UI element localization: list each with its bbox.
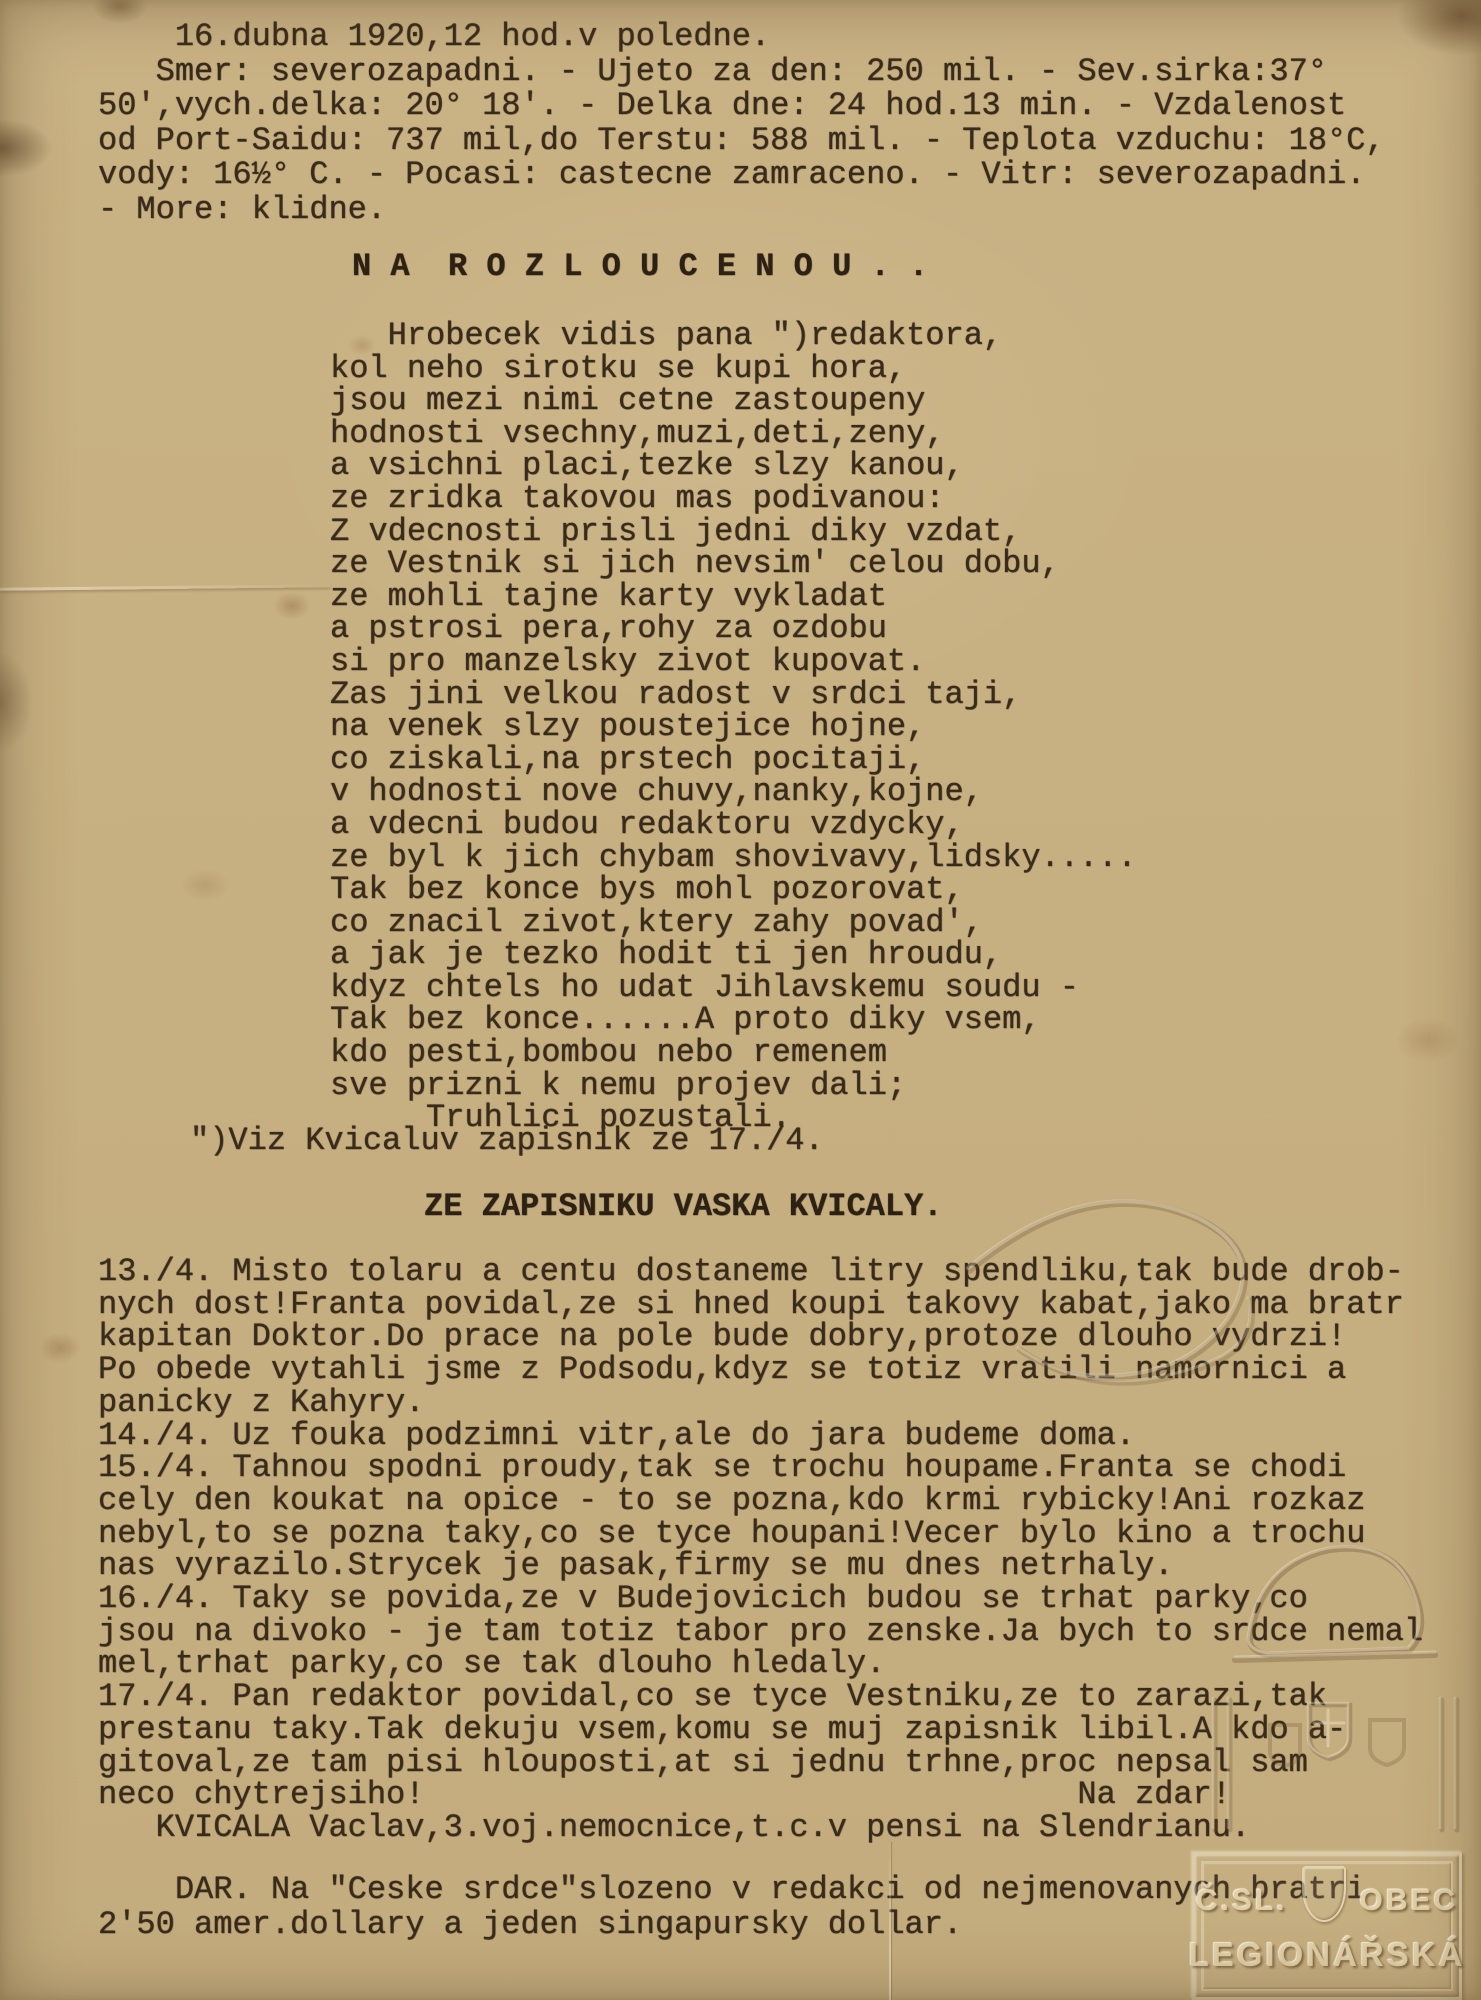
diary-line: gitoval,ze tam pisi hlouposti,at si jedn… [98,1747,1423,1780]
poem-line: sve prizni k nemu projev dali; [330,1070,1137,1103]
poem-line: kdo pesti,bombou nebo remenem [330,1037,1137,1070]
stamp-text-obec: OBEC [1360,1884,1459,1918]
donation-note: DAR. Na "Ceske srdce"slozeno v redakci o… [98,1872,1365,1942]
poem-line: Zas jini velkou radost v srdci taji, [330,679,1137,712]
lion-shield-icon [1302,1866,1346,1922]
poem-line: ze byl k jich chybam shovivavy,lidsky...… [330,842,1137,875]
diary-line: cely den koukat na opice - to se pozna,k… [98,1485,1423,1518]
log-line: 16.dubna 1920,12 hod.v poledne. [98,20,1385,55]
diary-line: prestanu taky.Tak dekuju vsem,komu se mu… [98,1714,1423,1747]
poem-line: a vsichni placi,tezke slzy kanou, [330,450,1137,483]
diary-line: nych dost!Franta povidal,ze si hned koup… [98,1289,1423,1322]
poem-line: ze mohli tajne karty vykladat [330,581,1137,614]
stamp-text-legionarska: LEGIONÁŘSKÁ [1189,1936,1466,1974]
typewritten-document-page: 16.dubna 1920,12 hod.v poledne. Smer: se… [0,0,1481,2000]
log-line: od Port-Saidu: 737 mil,do Terstu: 588 mi… [98,124,1385,159]
poem-line: jsou mezi nimi cetne zastoupeny [330,385,1137,418]
diary-line: KVICALA Vaclav,3.voj.nemocnice,t.c.v pen… [98,1812,1423,1845]
poem-line: a pstrosi pera,rohy za ozdobu [330,613,1137,646]
poem-line: hodnosti vsechny,muzi,deti,zeny, [330,418,1137,451]
farewell-title: N A R O Z L O U C E N O U . . [352,250,928,285]
poem-line: kol neho sirotku se kupi hora, [330,353,1137,386]
diary-line: nebyl,to se pozna taky,co se tyce houpan… [98,1518,1423,1551]
poem-line: ze Vestnik si jich nevsim' celou dobu, [330,548,1137,581]
log-line: vody: 16½° C. - Pocasi: castecne zamrace… [98,158,1385,193]
diary-line: panicky z Kahyry. [98,1387,1423,1420]
legion-stamp: Č.SL. OBEC LEGIONÁŘSKÁ [1192,1852,1462,2000]
poem-line: v hodnosti nove chuvy,nanky,kojne, [330,776,1137,809]
poem-line: Tak bez konce bys mohl pozorovat, [330,874,1137,907]
diary-line: kapitan Doktor.Do prace na pole bude dob… [98,1321,1423,1354]
diary-line: 17./4. Pan redaktor povidal,co se tyce V… [98,1681,1423,1714]
diary-line: jsou na divoko - je tam totiz tabor pro … [98,1616,1423,1649]
poem-line: ze zridka takovou mas podivanou: [330,483,1137,516]
farewell-poem: Hrobecek vidis pana ")redaktora,kol neho… [330,320,1137,1135]
log-line: Smer: severozapadni. - Ujeto za den: 250… [98,55,1385,90]
legion-stamp-inner-border: Č.SL. OBEC LEGIONÁŘSKÁ [1201,1861,1453,1991]
poem-line: Z vdecnosti prisli jedni diky vzdat, [330,516,1137,549]
poem-line: a jak je tezko hodit ti jen hroudu, [330,939,1137,972]
diary-line: neco chytrejsiho! Na zdar! [98,1779,1423,1812]
log-line: - More: klidne. [98,193,1385,228]
diary-line: 15./4. Tahnou spodni proudy,tak se troch… [98,1452,1423,1485]
poem-line: co ziskali,na prstech pocitaji, [330,744,1137,777]
donation-line: DAR. Na "Ceske srdce"slozeno v redakci o… [98,1872,1365,1907]
donation-line: 2'50 amer.dollary a jeden singapursky do… [98,1907,1365,1942]
poem-footnote: ")Viz Kvicaluv zapisnik ze 17./4. [190,1124,824,1159]
ship-log-entry: 16.dubna 1920,12 hod.v poledne. Smer: se… [98,20,1385,227]
poem-line: Hrobecek vidis pana ")redaktora, [330,320,1137,353]
paper-crack [889,1842,891,2000]
diary-line: mel,trhat parky,co se tak dlouho hledaly… [98,1648,1423,1681]
poem-line: si pro manzelsky zivot kupovat. [330,646,1137,679]
poem-line: a vdecni budou redaktoru vzdycky, [330,809,1137,842]
paper-crease [0,584,330,590]
poem-line: Tak bez konce......A proto diky vsem, [330,1004,1137,1037]
diary-line: Po obede vytahli jsme z Podsodu,kdyz se … [98,1354,1423,1387]
notebook-entries: 13./4. Misto tolaru a centu dostaneme li… [98,1256,1423,1845]
diary-line: 13./4. Misto tolaru a centu dostaneme li… [98,1256,1423,1289]
diary-line: 14./4. Uz fouka podzimni vitr,ale do jar… [98,1420,1423,1453]
poem-line: na venek slzy poustejice hojne, [330,711,1137,744]
diary-line: 16./4. Taky se povida,ze v Budejovicich … [98,1583,1423,1616]
stamp-text-csl: Č.SL. [1196,1884,1288,1918]
log-line: 50',vych.delka: 20° 18'. - Delka dne: 24… [98,89,1385,124]
poem-line: co znacil zivot,ktery zahy povad', [330,907,1137,940]
poem-line: kdyz chtels ho udat Jihlavskemu soudu - [330,972,1137,1005]
notebook-title: ZE ZAPISNIKU VASKA KVICALY. [424,1190,942,1225]
diary-line: nas vyrazilo.Strycek je pasak,firmy se m… [98,1550,1423,1583]
